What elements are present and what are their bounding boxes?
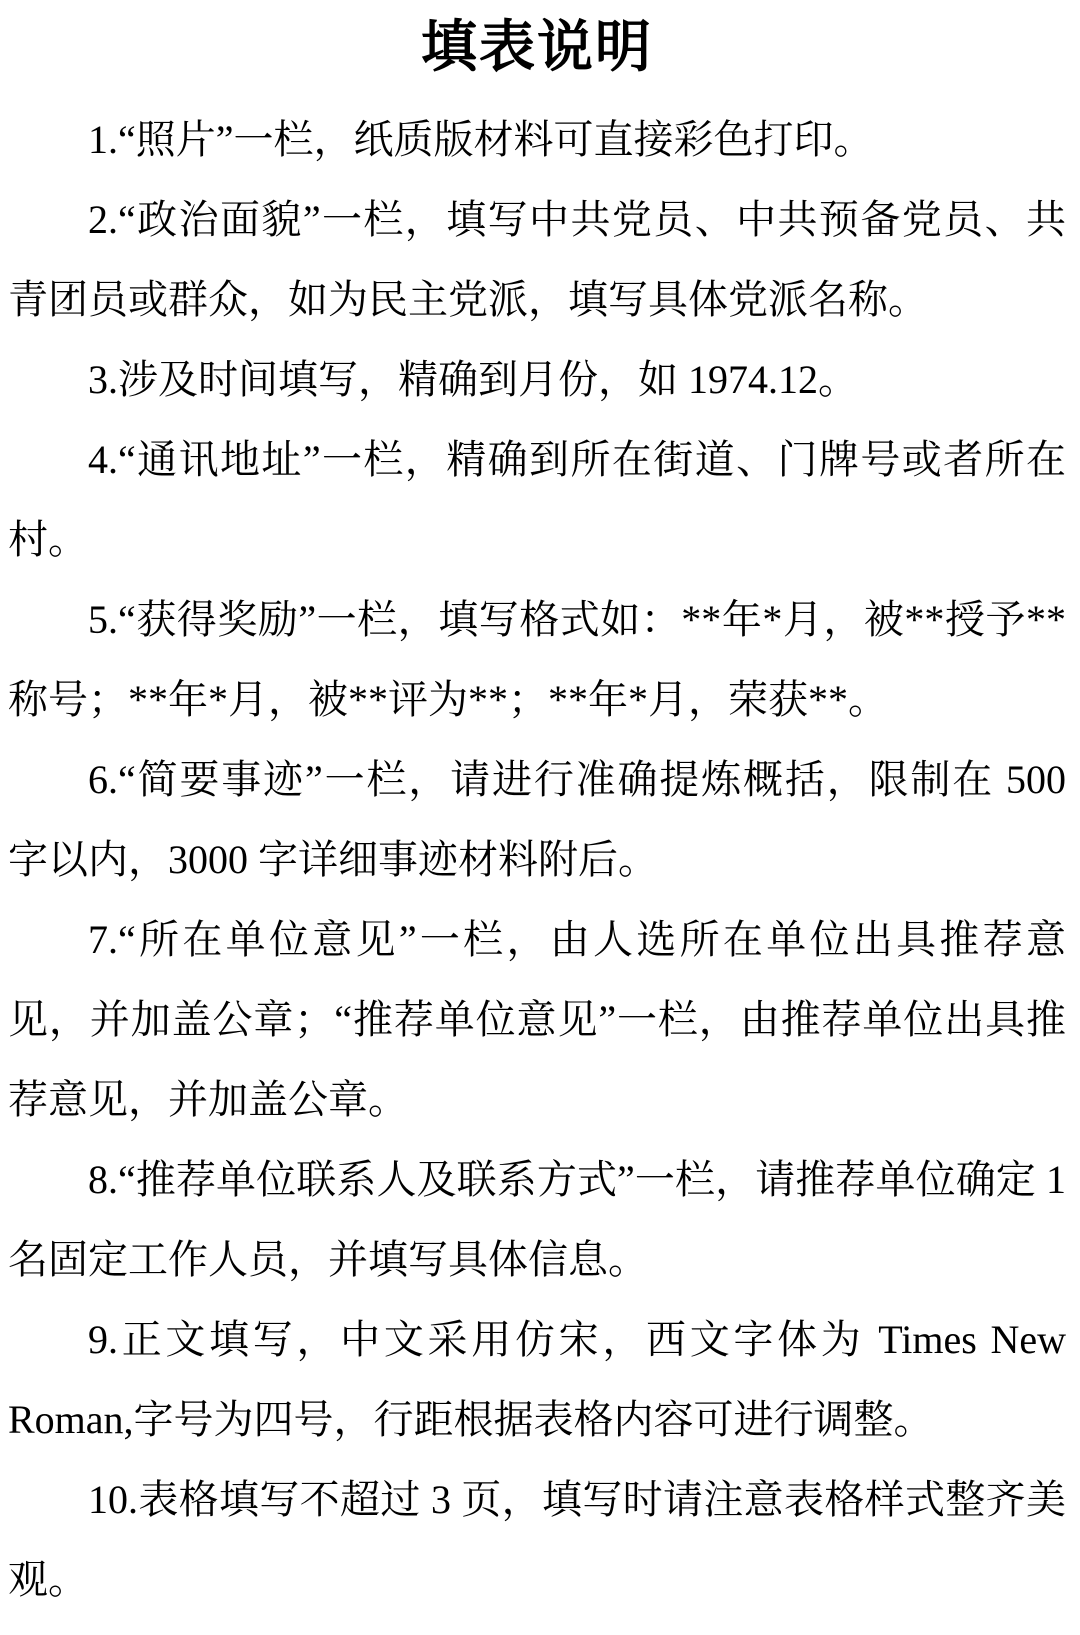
- instruction-item-9: 9.正文填写，中文采用仿宋，西文字体为 Times New Roman,字号为四…: [8, 1300, 1066, 1460]
- instruction-item-1: 1.“照片”一栏，纸质版材料可直接彩色打印。: [8, 100, 1066, 180]
- instruction-item-4: 4.“通讯地址”一栏，精确到所在街道、门牌号或者所在村。: [8, 420, 1066, 580]
- document-page: 填表说明 1.“照片”一栏，纸质版材料可直接彩色打印。 2.“政治面貌”一栏，填…: [0, 0, 1080, 1620]
- instruction-item-8: 8.“推荐单位联系人及联系方式”一栏，请推荐单位确定 1 名固定工作人员，并填写…: [8, 1140, 1066, 1300]
- instruction-item-7: 7.“所在单位意见”一栏，由人选所在单位出具推荐意见，并加盖公章；“推荐单位意见…: [8, 900, 1066, 1140]
- instruction-item-5: 5.“获得奖励”一栏，填写格式如：**年*月，被**授予**称号；**年*月，被…: [8, 580, 1066, 740]
- page-title: 填表说明: [8, 6, 1066, 90]
- instruction-item-3: 3.涉及时间填写，精确到月份，如 1974.12。: [8, 340, 1066, 420]
- instruction-item-2: 2.“政治面貌”一栏，填写中共党员、中共预备党员、共青团员或群众，如为民主党派，…: [8, 180, 1066, 340]
- instruction-item-10: 10.表格填写不超过 3 页，填写时请注意表格样式整齐美观。: [8, 1460, 1066, 1620]
- instruction-item-6: 6.“简要事迹”一栏，请进行准确提炼概括，限制在 500 字以内，3000 字详…: [8, 740, 1066, 900]
